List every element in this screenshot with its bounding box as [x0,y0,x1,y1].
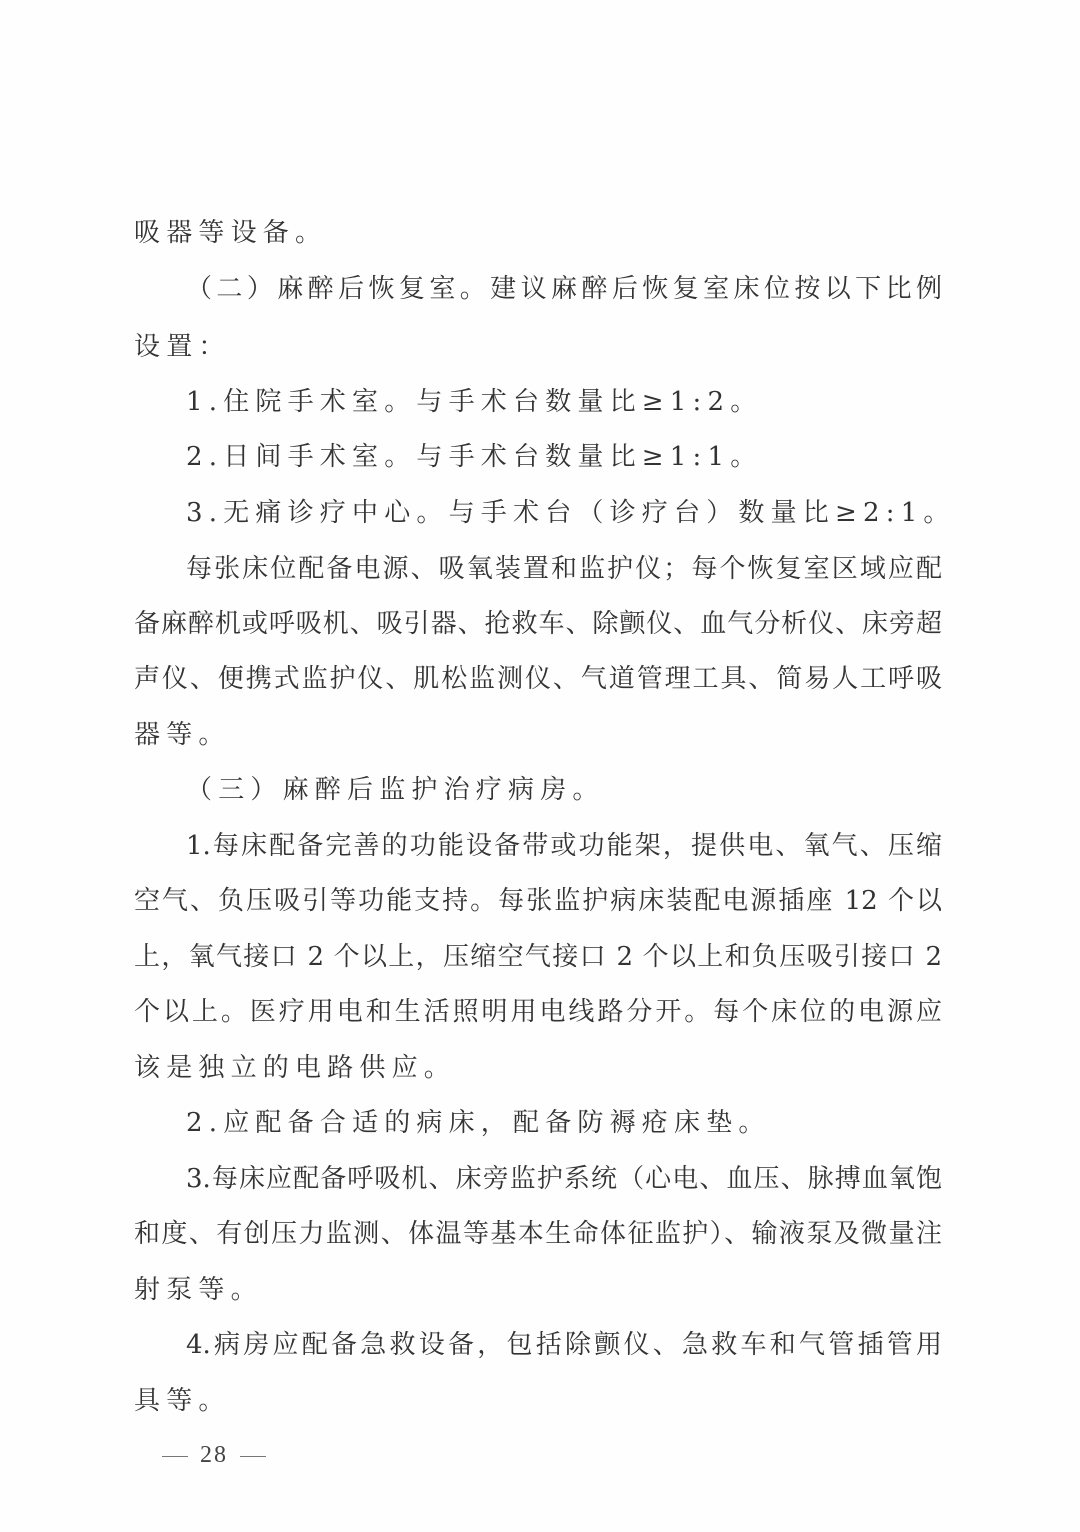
text-line: 该是独立的电路供应。 [134,1051,942,1085]
text-line: 备麻醉机或呼吸机、吸引器、抢救车、除颤仪、血气分析仪、床旁超 [134,607,942,641]
text-line: 器等。 [134,718,942,752]
text-line: 3.无痛诊疗中心。与手术台（诊疗台）数量比≥2:1。 [186,496,942,530]
document-page: 吸器等设备。（二）麻醉后恢复室。建议麻醉后恢复室床位按以下比例设置：1.住院手术… [0,0,1080,1532]
text-line: 1.住院手术室。与手术台数量比≥1:2。 [186,385,942,419]
text-line: 声仪、便携式监护仪、肌松监测仪、气道管理工具、简易人工呼吸 [134,662,942,696]
text-line: 4.病房应配备急救设备，包括除颤仪、急救车和气管插管用 [186,1328,942,1362]
text-line: （三）麻醉后监护治疗病房。 [186,773,942,807]
text-line: （二）麻醉后恢复室。建议麻醉后恢复室床位按以下比例 [186,272,942,306]
text-line: 和度、有创压力监测、体温等基本生命体征监护）、输液泵及微量注 [134,1217,942,1251]
text-line: 射泵等。 [134,1273,942,1307]
text-line: 吸器等设备。 [134,216,942,250]
page-number-right-dash [240,1456,266,1457]
page-number: 28 [150,1440,278,1470]
text-line: 个以上。医疗用电和生活照明用电线路分开。每个床位的电源应 [134,995,942,1029]
text-line: 空气、负压吸引等功能支持。每张监护病床装配电源插座 12 个以 [134,884,942,918]
text-line: 具等。 [134,1384,942,1418]
text-line: 上，氧气接口 2 个以上，压缩空气接口 2 个以上和负压吸引接口 2 [134,940,942,974]
page-number-left-dash [162,1456,188,1457]
text-line: 1.每床配备完善的功能设备带或功能架，提供电、氧气、压缩 [186,829,942,863]
text-line: 每张床位配备电源、吸氧装置和监护仪；每个恢复室区域应配 [186,552,942,586]
text-line: 设置： [134,330,942,364]
text-line: 3.每床应配备呼吸机、床旁监护系统（心电、血压、脉搏血氧饱 [186,1162,942,1196]
text-line: 2.日间手术室。与手术台数量比≥1:1。 [186,440,942,474]
text-line: 2.应配备合适的病床，配备防褥疮床垫。 [186,1106,942,1140]
page-number-value: 28 [200,1442,228,1468]
